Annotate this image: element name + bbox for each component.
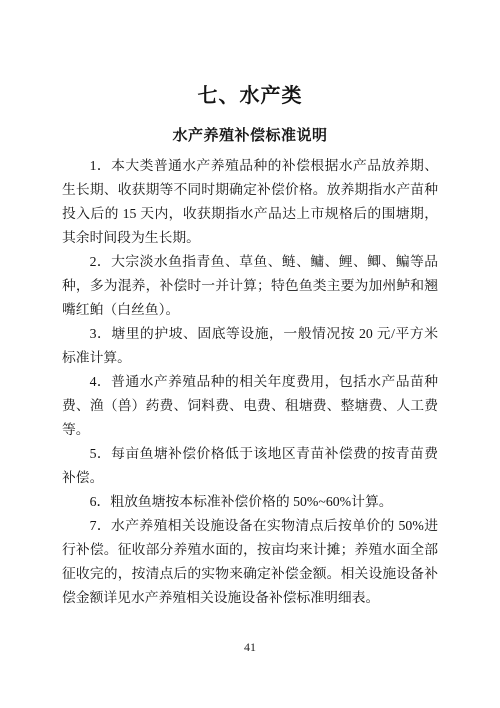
page-subtitle: 水产养殖补偿标准说明	[0, 128, 500, 145]
paragraph-4: 4．普通水产养殖品种的相关年度费用，包括水产品苗种费、渔（兽）药费、饲料费、电费…	[62, 370, 438, 442]
paragraph-1: 1．本大类普通水产养殖品种的补偿根据水产品放养期、生长期、收获期等不同时期确定补…	[62, 154, 438, 250]
paragraph-5: 5．每亩鱼塘补偿价格低于该地区青苗补偿费的按青苗费补偿。	[62, 442, 438, 490]
paragraph-3: 3．塘里的护坡、固底等设施，一般情况按 20 元/平方米标准计算。	[62, 322, 438, 370]
paragraph-2: 2．大宗淡水鱼指青鱼、草鱼、鲢、鳙、鲤、鲫、鳊等品种，多为混养，补偿时一并计算；…	[62, 250, 438, 322]
paragraph-7: 7．水产养殖相关设施设备在实物清点后按单价的 50%进行补偿。征收部分养殖水面的…	[62, 514, 438, 610]
document-page: 七、水产类 水产养殖补偿标准说明 1．本大类普通水产养殖品种的补偿根据水产品放养…	[0, 0, 500, 708]
document-body: 1．本大类普通水产养殖品种的补偿根据水产品放养期、生长期、收获期等不同时期确定补…	[62, 154, 438, 610]
paragraph-6: 6．粗放鱼塘按本标准补偿价格的 50%~60%计算。	[62, 490, 438, 514]
page-title: 七、水产类	[0, 0, 500, 108]
page-number: 41	[0, 640, 500, 654]
